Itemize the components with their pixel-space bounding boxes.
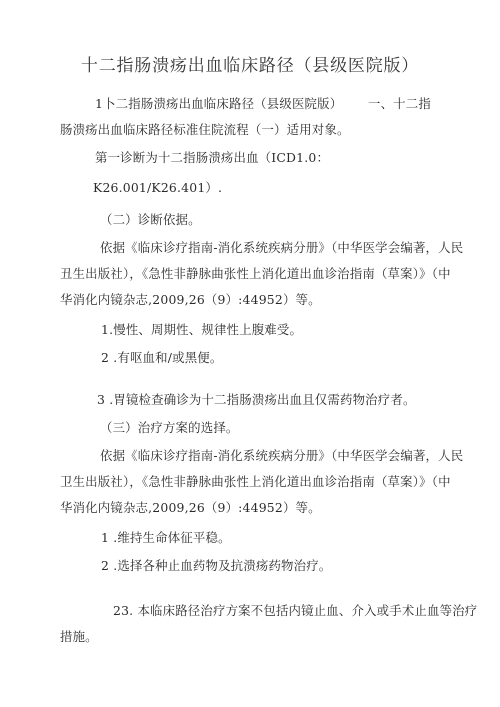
- text-line: 3 .胃镜检查确诊为十二指肠溃疡出血且仅需药物治疗者。: [97, 392, 416, 408]
- text-line: 2 .有呕血和/或黑便。: [101, 350, 222, 366]
- text-line: 华消化内镜杂志,2009,26（9）:44952）等。: [60, 292, 321, 308]
- text-line: 依据《临床诊疗指南-消化系统疾病分册》（中华医学会编著，人民: [100, 240, 463, 256]
- text-line: 1卜二指肠溃疡出血临床路径（县级医院版）: [95, 96, 342, 112]
- text-line: 23. 本临床路径治疗方案不包括内镜止血、介入或手术止血等治疗: [113, 603, 477, 619]
- text-line: 措施。: [60, 629, 98, 645]
- text-line: 一、十二指: [368, 96, 431, 112]
- text-line: 依据《临床诊疗指南-消化系统疾病分册》（中华医学会编著，人民: [100, 448, 463, 464]
- text-line: 1 .维持生命体征平稳。: [101, 530, 231, 546]
- document-title: 十二指肠溃疡出血临床路径（县级医院版）: [0, 55, 500, 77]
- text-line: 卫生出版社），《急性非静脉曲张性上消化道出血诊治指南（草案）》（中: [60, 474, 451, 490]
- text-line: 丑生出版社），《急性非静脉曲张性上消化道出血诊治指南（草案）》（中: [60, 266, 451, 282]
- text-line: 1.慢性、周期性、规律性上腹难受。: [101, 322, 302, 338]
- text-line: 华消化内镜杂志,2009,26（9）:44952）等。: [60, 500, 321, 516]
- text-line: 第一诊断为十二指肠溃疡出血（ICD1.0：: [95, 150, 329, 166]
- text-line: （三）治疗方案的选择。: [100, 420, 239, 436]
- text-line: 2 .选择各种止血药物及抗溃疡药物治疗。: [101, 558, 331, 574]
- text-line: （二）诊断依据。: [100, 212, 201, 228]
- text-line: 肠溃疡出血临床路径标准住院流程（一）适用对象。: [60, 122, 350, 138]
- document-page: 十二指肠溃疡出血临床路径（县级医院版） 1卜二指肠溃疡出血临床路径（县级医院版）…: [0, 0, 500, 707]
- text-line: K26.001/K26.401）.: [93, 180, 222, 196]
